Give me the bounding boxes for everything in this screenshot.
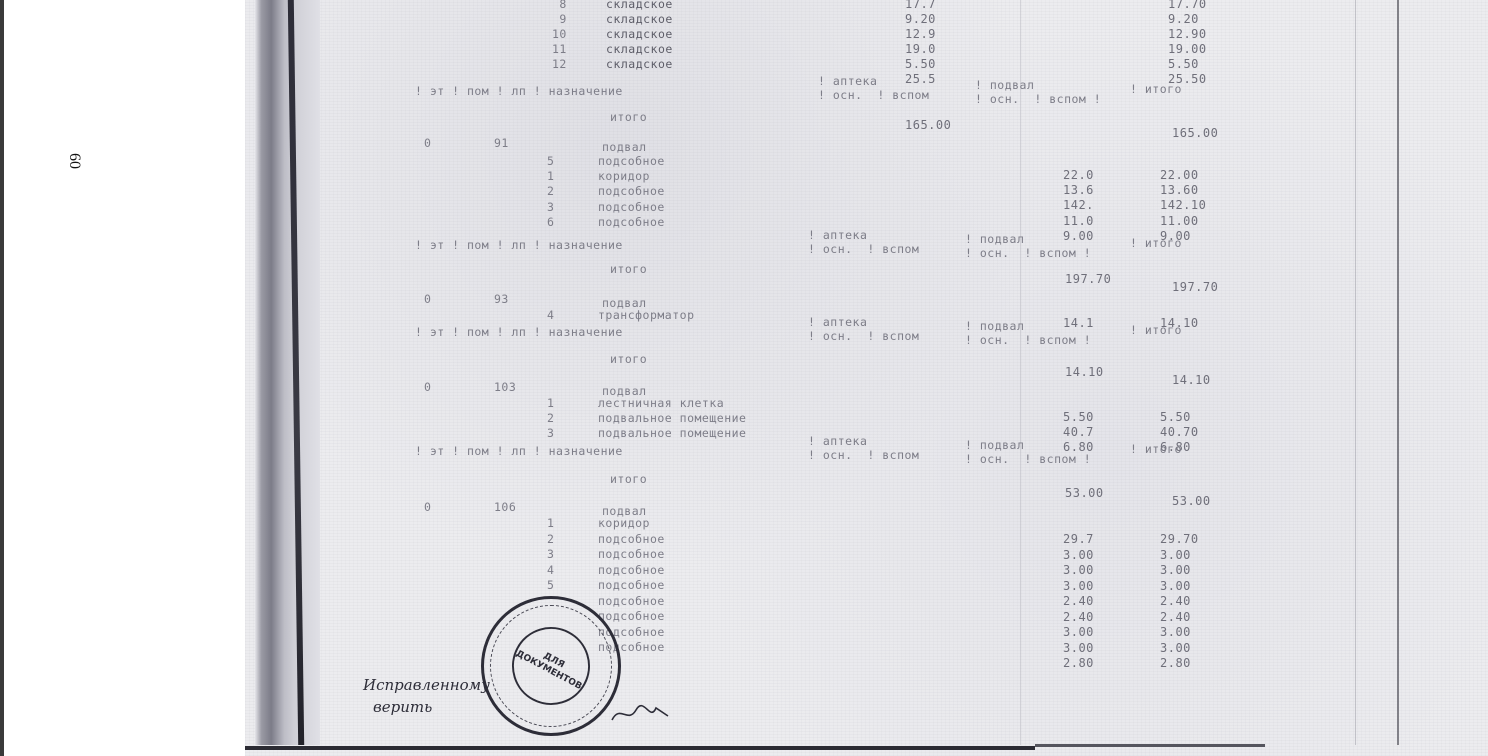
- itogo-label: итого: [610, 472, 647, 486]
- row-pom: 93: [494, 292, 509, 306]
- header-itogo: ! итого: [1130, 236, 1182, 250]
- row-total: 5.50: [1160, 410, 1191, 424]
- header-apteka: ! аптека: [808, 434, 867, 448]
- page-number: 60: [65, 153, 83, 169]
- row-value: 3.00: [1063, 548, 1094, 562]
- row-lp: 2: [547, 532, 554, 546]
- itogo-value: 197.70: [1065, 272, 1111, 286]
- header-podval: ! подвал: [975, 78, 1034, 92]
- row-lp: 1: [547, 516, 554, 530]
- header-podval-sub: ! осн. ! вспом !: [975, 92, 1101, 106]
- page-bottom-edge: [1035, 744, 1265, 747]
- row-value: 142.: [1063, 198, 1094, 212]
- row-value: 29.7: [1063, 532, 1094, 546]
- table-header: ! эт ! пом ! лп ! назначение: [415, 84, 623, 98]
- row-lp: 1: [547, 169, 554, 183]
- handwritten-note-line-2: верить: [373, 698, 432, 716]
- row-pom: 103: [494, 380, 516, 394]
- header-apteka: ! аптека: [818, 74, 877, 88]
- row-name: лестничная клетка: [598, 396, 724, 410]
- itogo-total: 53.00: [1172, 494, 1211, 508]
- row-value: 3.00: [1063, 641, 1094, 655]
- row-name: складское: [606, 42, 673, 56]
- row-total: 17.70: [1168, 0, 1207, 11]
- itogo-total: 14.10: [1172, 373, 1211, 387]
- row-name: подвальное помещение: [598, 426, 746, 440]
- header-apteka: ! аптека: [808, 228, 867, 242]
- handwritten-note-line-1: Исправленному: [363, 676, 490, 694]
- header-podval: ! подвал: [965, 232, 1024, 246]
- signature-scribble: [610, 700, 670, 726]
- row-lp: 5: [547, 578, 554, 592]
- itogo-total: 165.00: [1172, 126, 1218, 140]
- row-value: 19.0: [905, 42, 936, 56]
- row-lp: 1: [547, 396, 554, 410]
- row-total: 2.40: [1160, 594, 1191, 608]
- row-total: 19.00: [1168, 42, 1207, 56]
- column-rule: [1355, 0, 1356, 745]
- row-name: трансформатоp: [598, 308, 695, 322]
- row-lp: 9: [552, 12, 567, 26]
- row-name: подвальное помещение: [598, 411, 746, 425]
- row-value: 13.6: [1063, 183, 1094, 197]
- row-value: 3.00: [1063, 579, 1094, 593]
- row-et: 0: [424, 500, 431, 514]
- row-lp: 3: [547, 547, 554, 561]
- row-name: подсобное: [598, 154, 665, 168]
- row-total: 3.00: [1160, 625, 1191, 639]
- row-total: 3.00: [1160, 563, 1191, 577]
- row-et: 0: [424, 292, 431, 306]
- official-stamp: ДЛЯ ДОКУМЕНТОВ: [481, 596, 621, 736]
- itogo-label: итого: [610, 352, 647, 366]
- row-name: подсобное: [598, 200, 665, 214]
- row-total: 13.60: [1160, 183, 1199, 197]
- header-apteka-sub: ! осн. ! вспом: [808, 329, 919, 343]
- row-lp: 3: [547, 200, 554, 214]
- header-apteka-sub: ! осн. ! вспом: [818, 88, 929, 102]
- row-total: 3.00: [1160, 641, 1191, 655]
- page-bottom-edge: [245, 746, 1035, 750]
- row-total: 9.20: [1168, 12, 1199, 26]
- header-apteka-sub: ! осн. ! вспом: [808, 242, 919, 256]
- row-lp: 4: [547, 563, 554, 577]
- row-name: складское: [606, 57, 673, 71]
- header-itogo: ! итого: [1130, 82, 1182, 96]
- column-rule: [1020, 0, 1021, 745]
- row-value: 12.9: [905, 27, 936, 41]
- row-total: 29.70: [1160, 532, 1199, 546]
- itogo-value: 165.00: [905, 118, 951, 132]
- row-name: подсобное: [598, 184, 665, 198]
- scanned-document: 8складское17.717.70 9складское9.209.2010…: [245, 0, 1488, 756]
- viewer-left-edge: [0, 0, 4, 756]
- header-podval-sub: ! осн. ! вспом !: [965, 333, 1091, 347]
- row-name: подсобное: [598, 609, 665, 623]
- row-value: 9.00: [1063, 229, 1094, 243]
- row-pom: 91: [494, 136, 509, 150]
- itogo-label: итого: [610, 110, 647, 124]
- header-podval-sub: ! осн. ! вспом !: [965, 452, 1091, 466]
- table-header: ! эт ! пом ! лп ! назначение: [415, 444, 623, 458]
- row-value: 40.7: [1063, 425, 1094, 439]
- row-total: 11.00: [1160, 214, 1199, 228]
- row-name: коридор: [598, 516, 650, 530]
- itogo-value: 53.00: [1065, 486, 1104, 500]
- header-apteka-sub: ! осн. ! вспом: [808, 448, 919, 462]
- row-value: 5.50: [1063, 410, 1094, 424]
- row-total: 12.90: [1168, 27, 1207, 41]
- row-lp: 2: [547, 184, 554, 198]
- row-value: 14.1: [1063, 316, 1094, 330]
- itogo-total: 197.70: [1172, 280, 1218, 294]
- header-podval: ! подвал: [965, 319, 1024, 333]
- binding-shadow: [255, 0, 320, 745]
- row-name: подсобное: [598, 215, 665, 229]
- row-value: 22.0: [1063, 168, 1094, 182]
- row-name: подсобное: [598, 594, 665, 608]
- row-name: складское: [606, 0, 673, 11]
- row-et: 0: [424, 380, 431, 394]
- itogo-value: 14.10: [1065, 365, 1104, 379]
- row-name: складское: [606, 27, 673, 41]
- row-floor: подвал: [602, 140, 647, 154]
- row-lp: 8: [552, 0, 567, 11]
- row-total: 2.40: [1160, 610, 1191, 624]
- row-lp: 3: [547, 426, 554, 440]
- row-total: 22.00: [1160, 168, 1199, 182]
- row-value: 2.40: [1063, 610, 1094, 624]
- row-name: подсобное: [598, 563, 665, 577]
- row-lp: 11: [552, 42, 567, 56]
- table-header: ! эт ! пом ! лп ! назначение: [415, 238, 623, 252]
- row-value: 5.50: [905, 57, 936, 71]
- header-apteka: ! аптека: [808, 315, 867, 329]
- row-name: подсобное: [598, 547, 665, 561]
- row-total: 40.70: [1160, 425, 1199, 439]
- itogo-label: итого: [610, 262, 647, 276]
- row-total: 142.10: [1160, 198, 1206, 212]
- page-edge-rule: [1397, 0, 1399, 745]
- row-value: 17.7: [905, 0, 936, 11]
- row-value: 3.00: [1063, 563, 1094, 577]
- header-itogo: ! итого: [1130, 442, 1182, 456]
- header-podval: ! подвал: [965, 438, 1024, 452]
- row-total: 5.50: [1168, 57, 1199, 71]
- row-name: подсобное: [598, 578, 665, 592]
- row-pom: 106: [494, 500, 516, 514]
- row-total: 3.00: [1160, 548, 1191, 562]
- row-value: 2.40: [1063, 594, 1094, 608]
- binding-line: [288, 0, 304, 745]
- row-total: 3.00: [1160, 579, 1191, 593]
- row-lp: 12: [552, 57, 567, 71]
- header-podval-sub: ! осн. ! вспом !: [965, 246, 1091, 260]
- row-lp: 2: [547, 411, 554, 425]
- row-total: 2.80: [1160, 656, 1191, 670]
- row-name: коридор: [598, 169, 650, 183]
- row-value: 11.0: [1063, 214, 1094, 228]
- table-header: ! эт ! пом ! лп ! назначение: [415, 325, 623, 339]
- row-lp: 10: [552, 27, 567, 41]
- row-lp: 5: [547, 154, 554, 168]
- header-itogo: ! итого: [1130, 323, 1182, 337]
- row-value: 25.5: [905, 72, 936, 86]
- row-value: 2.80: [1063, 656, 1094, 670]
- row-lp: 6: [547, 215, 554, 229]
- row-value: 9.20: [905, 12, 936, 26]
- row-value: 3.00: [1063, 625, 1094, 639]
- row-name: подсобное: [598, 532, 665, 546]
- row-name: складское: [606, 12, 673, 26]
- row-et: 0: [424, 136, 431, 150]
- row-lp: 4: [547, 308, 554, 322]
